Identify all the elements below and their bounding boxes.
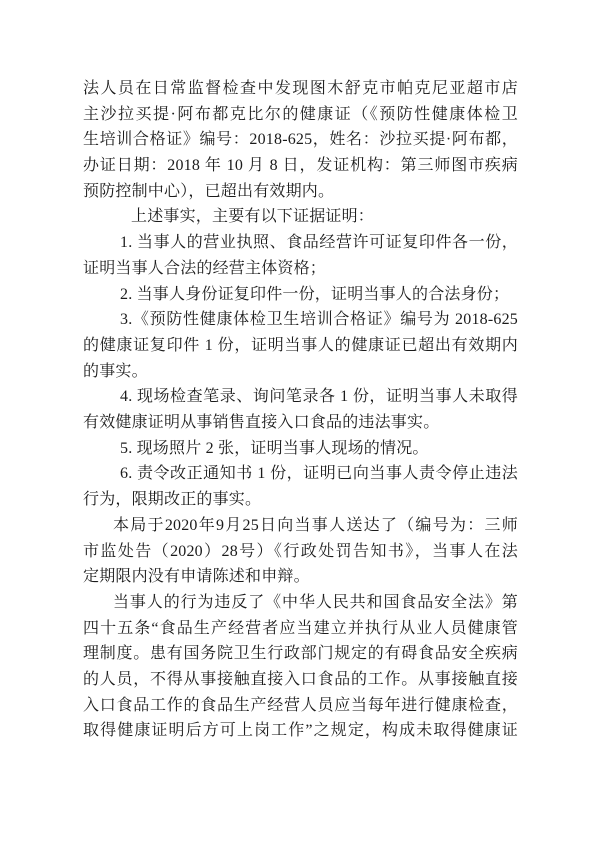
text-line: 的人员，不得从事接触直接入口食品的工作。从事接触直接 xyxy=(83,667,518,693)
text-line: 3.《预防性健康体检卫生培训合格证》编号为 2018-625 xyxy=(83,307,518,333)
text-line: 入口食品工作的食品生产经营人员应当每年进行健康检查， xyxy=(83,693,518,719)
document-page: 法人员在日常监督检查中发现图木舒克市帕克尼亚超市店 主沙拉买提·阿布都克比尔的健… xyxy=(0,0,600,848)
text-line: 办证日期：2018 年 10 月 8 日，发证机构：第三师图市疾病 xyxy=(83,153,518,179)
text-line: 6. 责令改正通知书 1 份，证明已向当事人责令停止违法 xyxy=(83,461,518,487)
text-line: 2. 当事人身份证复印件一份，证明当事人的合法身份； xyxy=(83,282,518,308)
text-line: 生培训合格证》编号：2018-625，姓名：沙拉买提·阿布都， xyxy=(83,127,518,153)
text-line: 1. 当事人的营业执照、食品经营许可证复印件各一份， xyxy=(83,230,518,256)
text-line: 本局于2020年9月25日向当事人送达了（编号为：三师 xyxy=(83,513,518,539)
text-line: 有效健康证明从事销售直接入口食品的违法事实。 xyxy=(83,410,518,436)
text-line: 的事实。 xyxy=(83,359,518,385)
text-line: 取得健康证明后方可上岗工作”之规定，构成未取得健康证 xyxy=(83,718,518,744)
document-body: 法人员在日常监督检查中发现图木舒克市帕克尼亚超市店 主沙拉买提·阿布都克比尔的健… xyxy=(83,76,518,744)
text-line: 的健康证复印件 1 份，证明当事人的健康证已超出有效期内 xyxy=(83,333,518,359)
text-line: 行为，限期改正的事实。 xyxy=(83,487,518,513)
text-line: 当事人的行为违反了《中华人民共和国食品安全法》第 xyxy=(83,590,518,616)
text-line: 预防控制中心），已超出有效期内。 xyxy=(83,179,518,205)
text-line: 法人员在日常监督检查中发现图木舒克市帕克尼亚超市店 xyxy=(83,76,518,102)
text-line: 市监处告（2020）28号）《行政处罚告知书》，当事人在法 xyxy=(83,539,518,565)
text-line: 理制度。患有国务院卫生行政部门规定的有碍食品安全疾病 xyxy=(83,641,518,667)
text-line: 4. 现场检查笔录、询问笔录各 1 份，证明当事人未取得 xyxy=(83,384,518,410)
text-line: 主沙拉买提·阿布都克比尔的健康证（《预防性健康体检卫 xyxy=(83,102,518,128)
text-line: 定期限内没有申请陈述和申辩。 xyxy=(83,564,518,590)
text-line: 证明当事人合法的经营主体资格； xyxy=(83,256,518,282)
text-line: 四十五条“食品生产经营者应当建立并执行从业人员健康管 xyxy=(83,616,518,642)
text-line: 上述事实，主要有以下证据证明： xyxy=(83,204,518,230)
text-line: 5. 现场照片 2 张，证明当事人现场的情况。 xyxy=(83,436,518,462)
